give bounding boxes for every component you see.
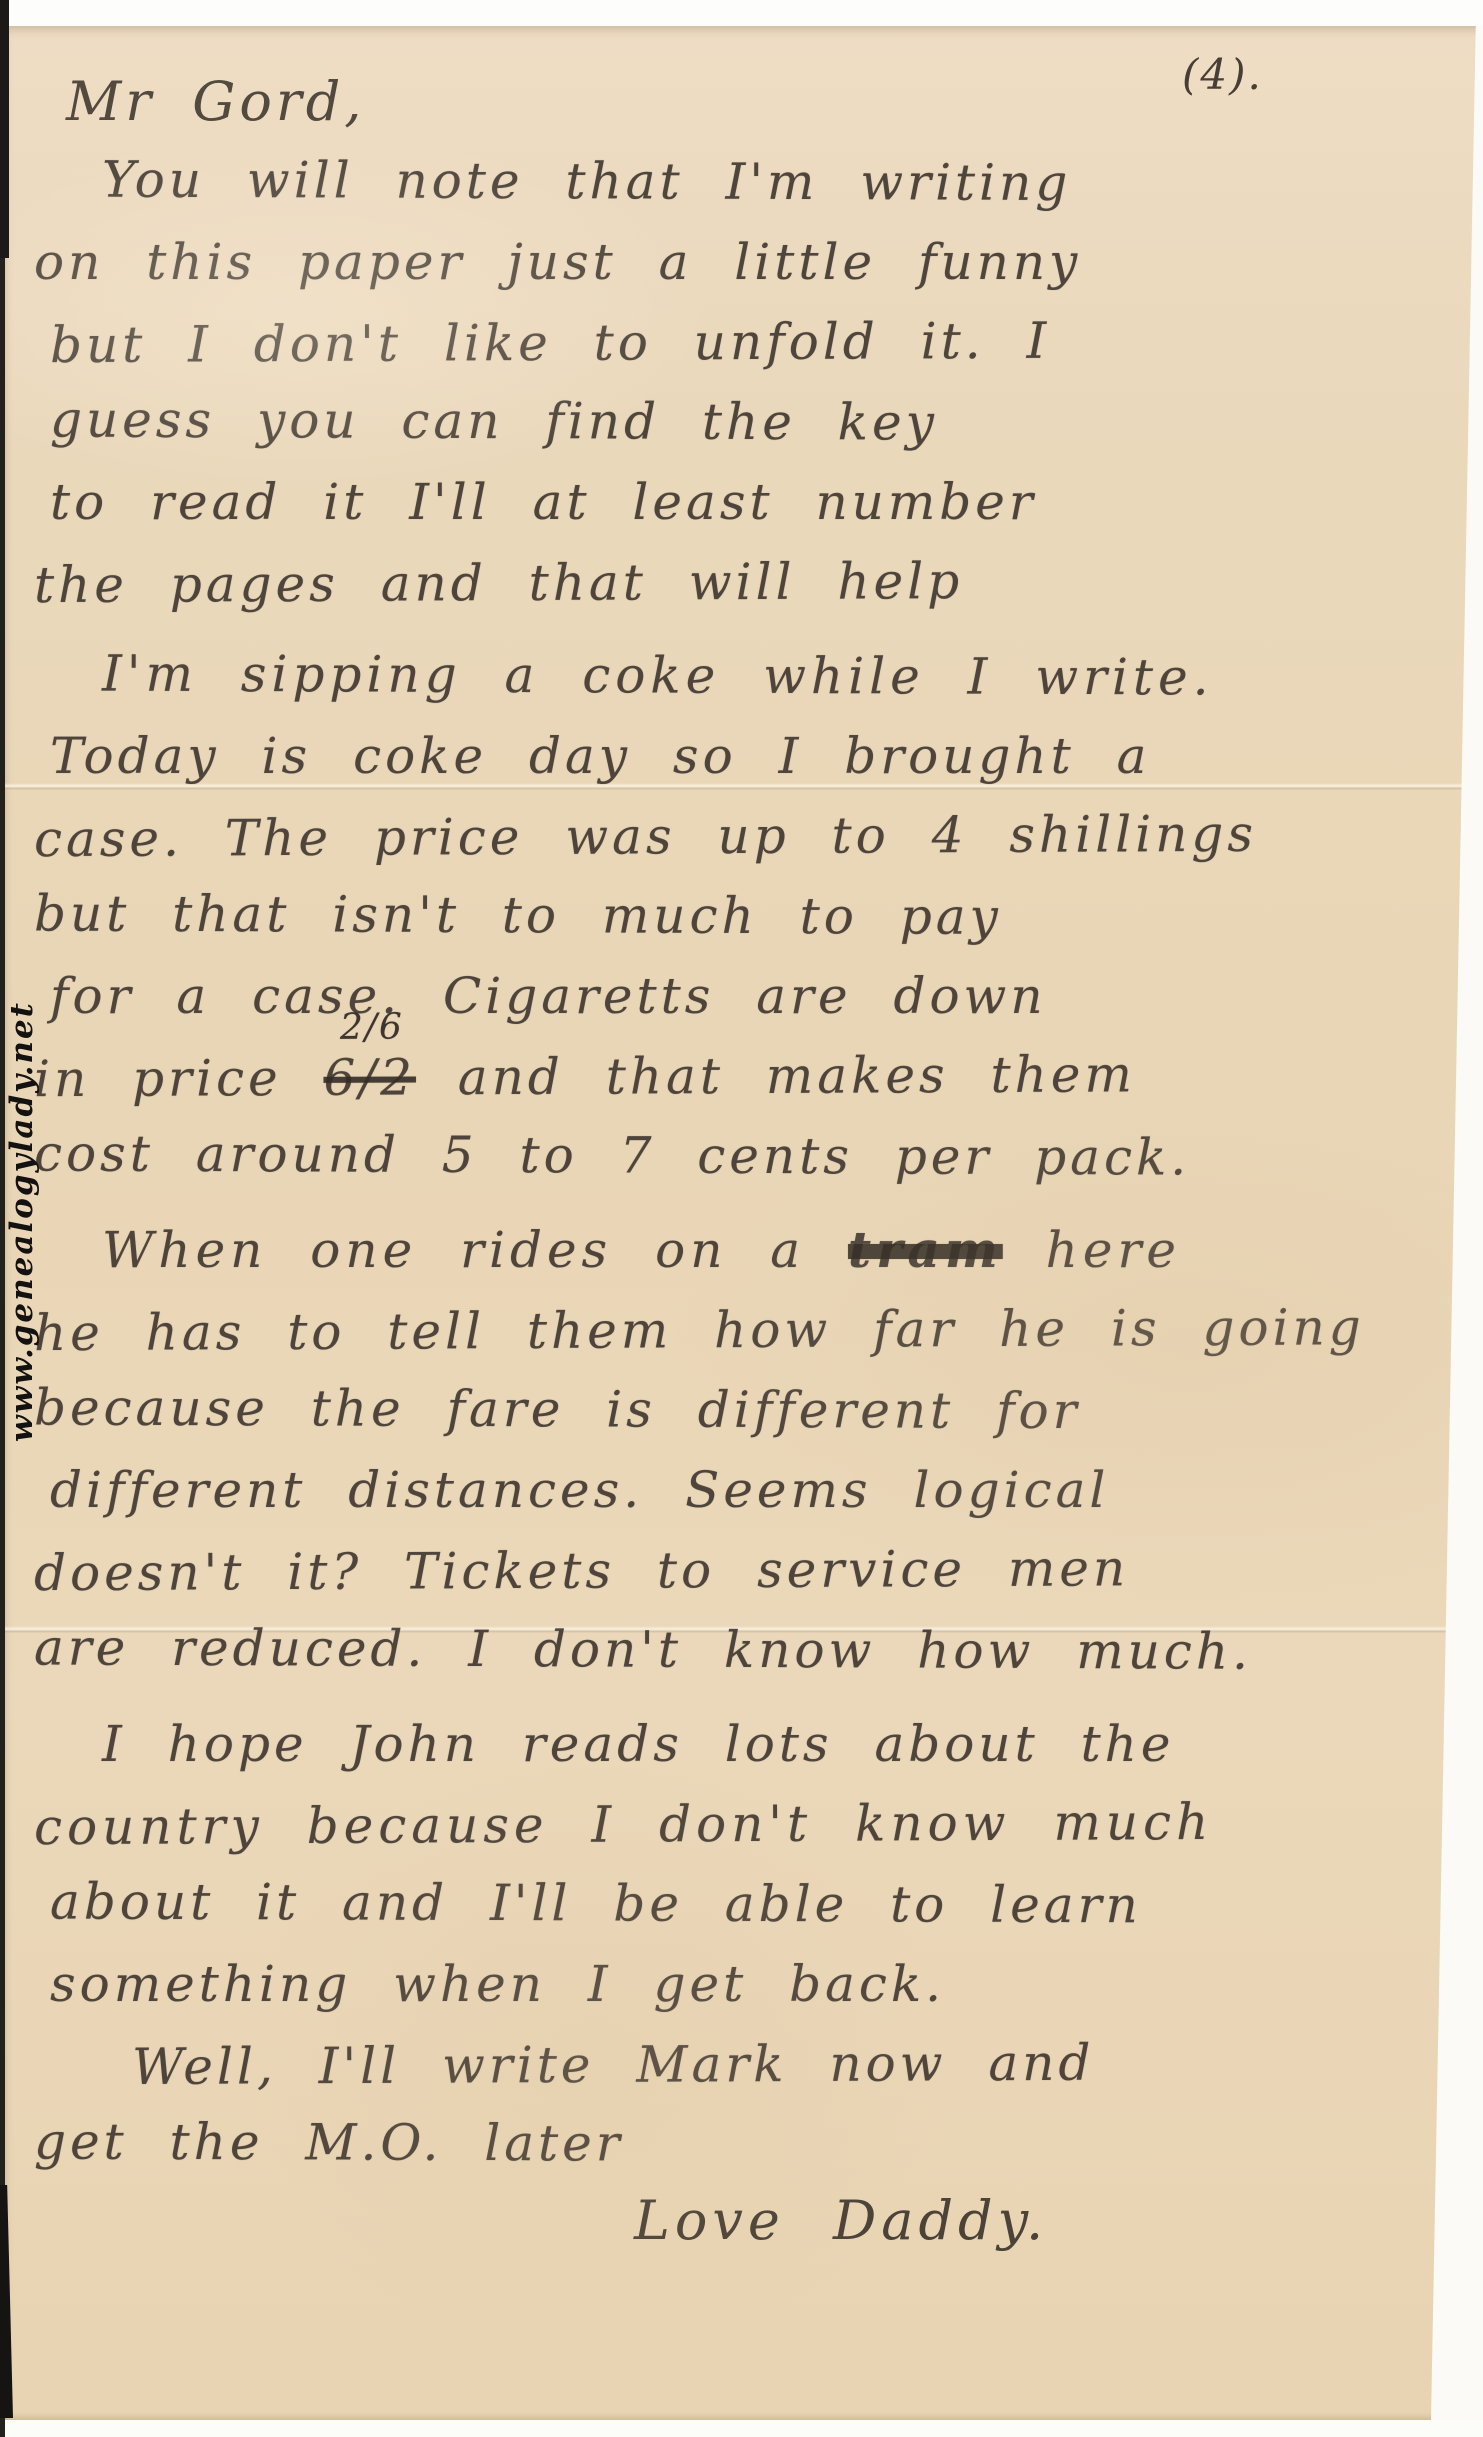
letter-segment: are reduced. I don't know how much. xyxy=(34,1618,1252,1680)
letter-line: something when I get back. xyxy=(50,1944,1483,2024)
scan-top-margin xyxy=(0,0,1483,26)
letter-segment: for a case. Cigaretts are down xyxy=(50,967,1047,1025)
price-correction: 2/6 xyxy=(340,1009,404,1045)
letter-line: different distances. Seems logical xyxy=(50,1450,1483,1530)
letter-segment: cost around 5 to 7 cents per pack. xyxy=(34,1124,1190,1186)
letter-line: cost around 5 to 7 cents per pack. xyxy=(34,1113,1483,1198)
letter-segment: about it and I'll be able to learn xyxy=(50,1872,1142,1934)
letter-line: Today is coke day so I brought a xyxy=(50,716,1483,796)
letter-line: in price 6/22/6 and that makes them xyxy=(34,1033,1483,1119)
letter-segment: but that isn't to much to pay xyxy=(34,884,1002,945)
scan-left-edge xyxy=(0,0,5,2437)
letter-line: but that isn't to much to pay xyxy=(34,873,1483,958)
letter-line: he has to tell them how far he is going xyxy=(34,1287,1483,1373)
letter-segment: You will note that I'm writing xyxy=(102,151,1071,212)
letter-segment: guess you can find the key xyxy=(50,390,938,451)
letter-paper: (4). Mr Gord, You will note that I'm wri… xyxy=(4,26,1483,2420)
letter-segment: I'm sipping a coke while I write. xyxy=(102,645,1214,707)
scan-bottom-margin xyxy=(0,2420,1483,2437)
letter-segment: the pages and that will help xyxy=(34,552,963,614)
letter-line: for a case. Cigaretts are down xyxy=(50,956,1483,1036)
letter-segment: in price xyxy=(34,1049,324,1108)
letter-line: to read it I'll at least number xyxy=(50,462,1483,542)
genealogylady-watermark: www.genealogylady.net xyxy=(4,852,40,1442)
scan-left-edge-top-shadow xyxy=(0,0,9,258)
letter-segment-scribble: tram xyxy=(848,1220,1003,1279)
letter-segment: because the fare is different for xyxy=(34,1378,1081,1440)
letter-segment: here xyxy=(1003,1221,1181,1279)
letter-segment: he has to tell them how far he is going xyxy=(34,1298,1365,1362)
salutation: Mr Gord, xyxy=(66,62,1483,142)
letter-segment: different distances. Seems logical xyxy=(50,1461,1109,1519)
letter-line: case. The price was up to 4 shillings xyxy=(34,793,1483,879)
signature: Love Daddy. xyxy=(634,2178,1483,2264)
letter-line: about it and I'll be able to learn xyxy=(50,1861,1483,1946)
letter-line: guess you can find the key xyxy=(50,379,1483,464)
letter-lines: You will note that I'm writingon this pa… xyxy=(4,142,1483,2184)
letter-line: on this paper just a little funny xyxy=(34,222,1483,302)
letter-segment: something when I get back. xyxy=(50,1955,945,2013)
letter-segment: doesn't it? Tickets to service men xyxy=(34,1539,1129,1602)
letter-line: doesn't it? Tickets to service men xyxy=(34,1527,1483,1613)
letter-segment: When one rides on a xyxy=(102,1221,848,1279)
letter-line: When one rides on a tram here xyxy=(102,1210,1483,1290)
letter-line: the pages and that will help xyxy=(34,539,1483,625)
letter-line: Well, I'll write Mark now and xyxy=(132,2021,1483,2107)
letter-line: are reduced. I don't know how much. xyxy=(34,1607,1483,1692)
letter-line: I'm sipping a coke while I write. xyxy=(102,634,1483,719)
letter-segment: get the M.O. later xyxy=(34,2112,624,2172)
letter-segment: case. The price was up to 4 shillings xyxy=(34,805,1257,868)
letter-segment: to read it I'll at least number xyxy=(50,473,1037,531)
letter-segment: on this paper just a little funny xyxy=(34,233,1081,291)
letter-segment: Well, I'll write Mark now and xyxy=(132,2034,1095,2096)
letter-line: I hope John reads lots about the xyxy=(102,1704,1483,1784)
letter-line: You will note that I'm writing xyxy=(102,140,1483,225)
letter-line: get the M.O. later xyxy=(34,2101,1483,2186)
letter-segment: country because I don't know much xyxy=(34,1793,1213,1856)
letter-line: country because I don't know much xyxy=(34,1781,1483,1867)
letter-line: because the fare is different for xyxy=(34,1367,1483,1452)
letter-body: Mr Gord, You will note that I'm writingo… xyxy=(4,62,1483,2264)
letter-line: but I don't like to unfold it. I xyxy=(50,299,1483,385)
letter-segment: Today is coke day so I brought a xyxy=(50,727,1150,785)
letter-segment: I hope John reads lots about the xyxy=(102,1715,1174,1773)
letter-segment: but I don't like to unfold it. I xyxy=(50,312,1051,374)
letter-segment-strike: 6/22/6 xyxy=(323,1037,416,1117)
letter-segment: and that makes them xyxy=(416,1045,1136,1106)
